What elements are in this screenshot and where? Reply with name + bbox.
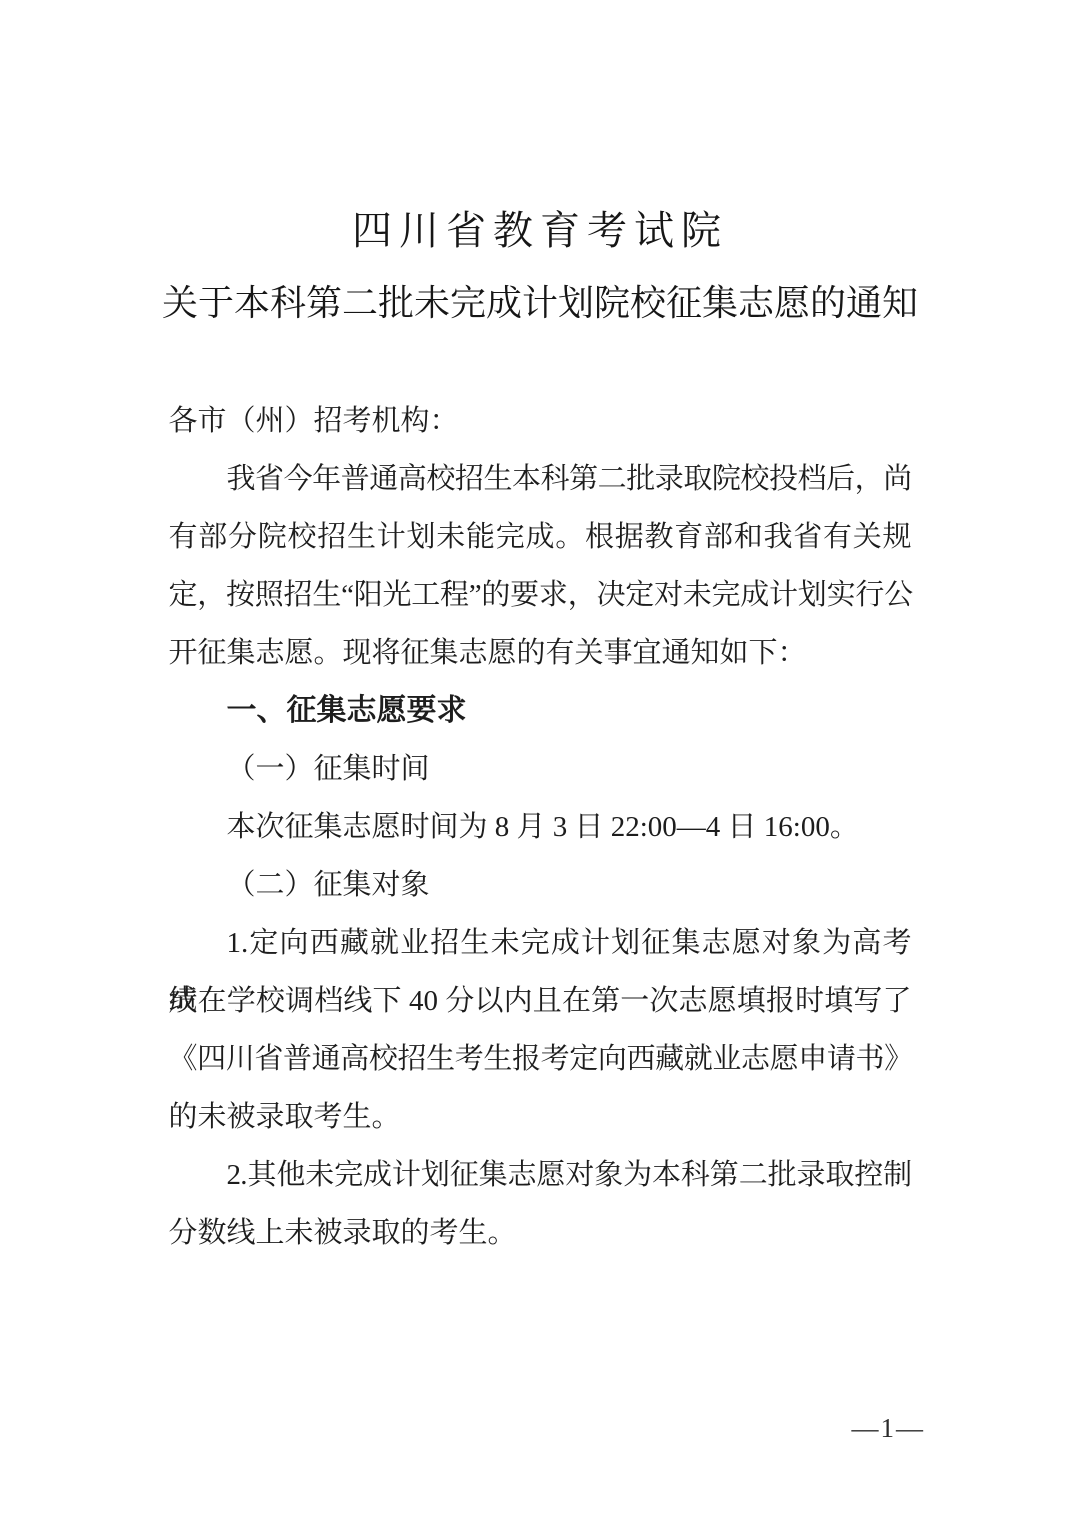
- para1-line1: 我省今年普通高校招生本科第二批录取院校投档后，尚: [169, 450, 912, 508]
- collection-time-line: 本次征集志愿时间为 8 月 3 日 22:00—4 日 16:00。: [169, 798, 912, 856]
- para1-line2: 有部分院校招生计划未能完成。根据教育部和我省有关规: [169, 508, 912, 566]
- document-body: 各市（州）招考机构： 我省今年普通高校招生本科第二批录取院校投档后，尚 有部分院…: [169, 392, 912, 1262]
- item-2-line1: 2.其他未完成计划征集志愿对象为本科第二批录取控制: [169, 1146, 912, 1204]
- item-1-line1: 1.定向西藏就业招生未完成计划征集志愿对象为高考成: [169, 914, 912, 972]
- para1-line4: 开征集志愿。现将征集志愿的有关事宜通知如下：: [169, 624, 912, 682]
- para1-line3: 定，按照招生“阳光工程”的要求，决定对未完成计划实行公: [169, 566, 912, 624]
- item-1-line4: 的未被录取考生。: [169, 1088, 912, 1146]
- page-number: —1—: [852, 1413, 926, 1444]
- document-org-title: 四川省教育考试院: [0, 0, 1080, 256]
- subsection-1-2-heading: （二）征集对象: [169, 856, 912, 914]
- item-2-line2: 分数线上未被录取的考生。: [169, 1204, 912, 1262]
- document-subject-title: 关于本科第二批未完成计划院校征集志愿的通知: [0, 278, 1080, 328]
- item-1-line3: 《四川省普通高校招生考生报考定向西藏就业志愿申请书》: [169, 1030, 912, 1088]
- document-page: 四川省教育考试院 关于本科第二批未完成计划院校征集志愿的通知 各市（州）招考机构…: [0, 0, 1080, 1527]
- subsection-1-1-heading: （一）征集时间: [169, 740, 912, 798]
- section-1-heading: 一、征集志愿要求: [169, 682, 912, 740]
- salutation-line: 各市（州）招考机构：: [169, 392, 912, 450]
- item-1-line2: 绩在学校调档线下 40 分以内且在第一次志愿填报时填写了: [169, 972, 912, 1030]
